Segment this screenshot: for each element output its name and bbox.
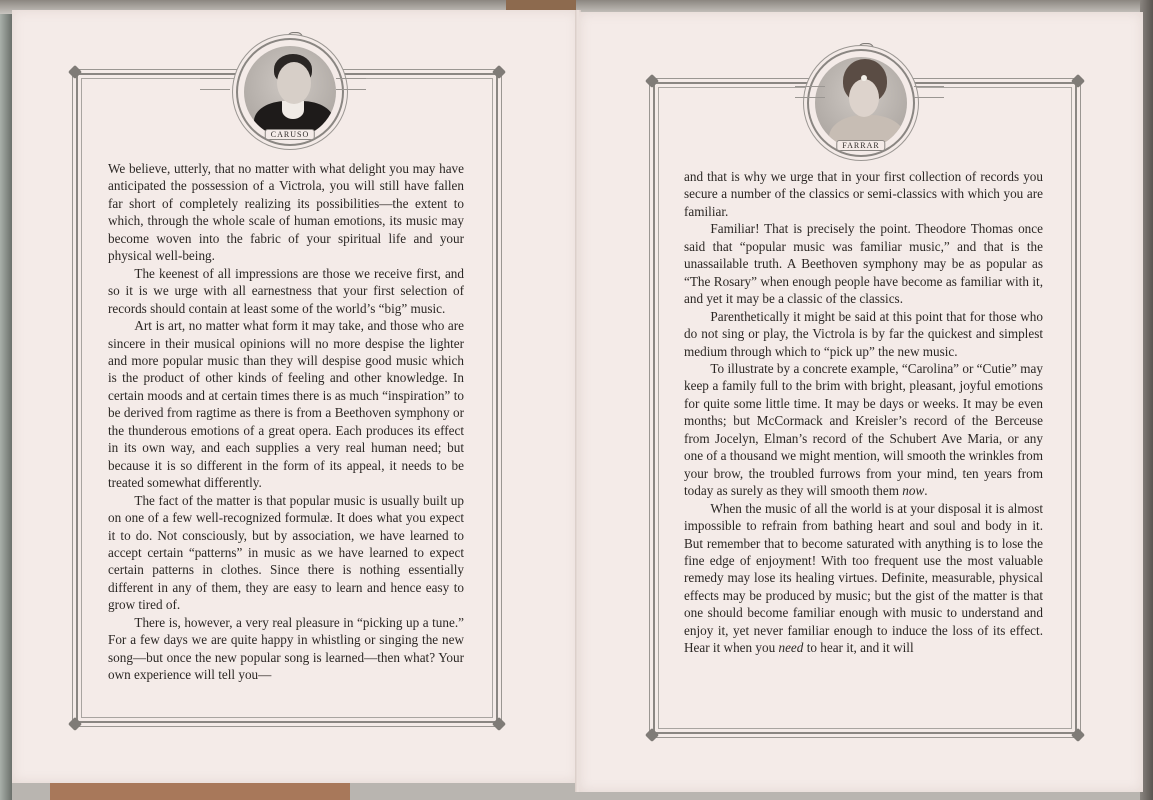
frame-corner-ornament [1071,728,1085,742]
paragraph-text: To illustrate by a concrete example, “Ca… [684,361,1043,498]
right-page: FARRAR and that is why we urge that in y… [579,12,1143,792]
emphasis-need: need [778,640,803,655]
paragraph: and that is why we urge that in your fir… [684,168,1043,220]
paragraph: Familiar! That is precisely the point. T… [684,220,1043,307]
paragraph-tail: to hear it, and it will [803,640,913,655]
paragraph: We believe, utterly, that no matter with… [108,160,464,265]
paragraph: When the music of all the world is at yo… [684,500,1043,657]
portrait-face [849,79,879,117]
medallion-wing-ornament [914,86,944,98]
frame-corner-ornament [645,728,659,742]
right-page-body-text: and that is why we urge that in your fir… [684,168,1043,657]
paragraph: The fact of the matter is that popular m… [108,492,464,614]
portrait-photo [815,57,907,149]
paragraph: There is, however, a very real pleasure … [108,614,464,684]
paragraph: Art is art, no matter what form it may t… [108,317,464,492]
frame-corner-ornament [1071,74,1085,88]
frame-corner-ornament [492,65,506,79]
frame-corner-ornament [492,717,506,731]
left-page-body-text: We believe, utterly, that no matter with… [108,160,464,684]
portrait-medallion-farrar: FARRAR [807,49,915,157]
medallion-wing-ornament [200,78,230,90]
emphasis-now: now [902,483,924,498]
backdrop-wood [506,0,576,10]
portrait-nameplate: CARUSO [265,129,315,140]
paragraph: To illustrate by a concrete example, “Ca… [684,360,1043,500]
paragraph-text: When the music of all the world is at yo… [684,501,1043,656]
frame-corner-ornament [645,74,659,88]
frame-corner-ornament [68,65,82,79]
portrait-nameplate: FARRAR [836,140,885,151]
backdrop-left-edge [0,0,12,800]
backdrop-wood-bottom [50,782,350,800]
medallion-wing-ornament [795,86,825,98]
medallion-wing-ornament [336,78,366,90]
frame-corner-ornament [68,717,82,731]
portrait-jewel [861,75,867,81]
paragraph: The keenest of all impressions are those… [108,265,464,317]
paragraph-tail: . [924,483,927,498]
left-page: CARUSO We believe, utterly, that no matt… [12,10,578,783]
portrait-medallion-caruso: CARUSO [236,38,344,146]
portrait-face [277,62,311,104]
paragraph: Parenthetically it might be said at this… [684,308,1043,360]
portrait-photo [244,46,336,138]
